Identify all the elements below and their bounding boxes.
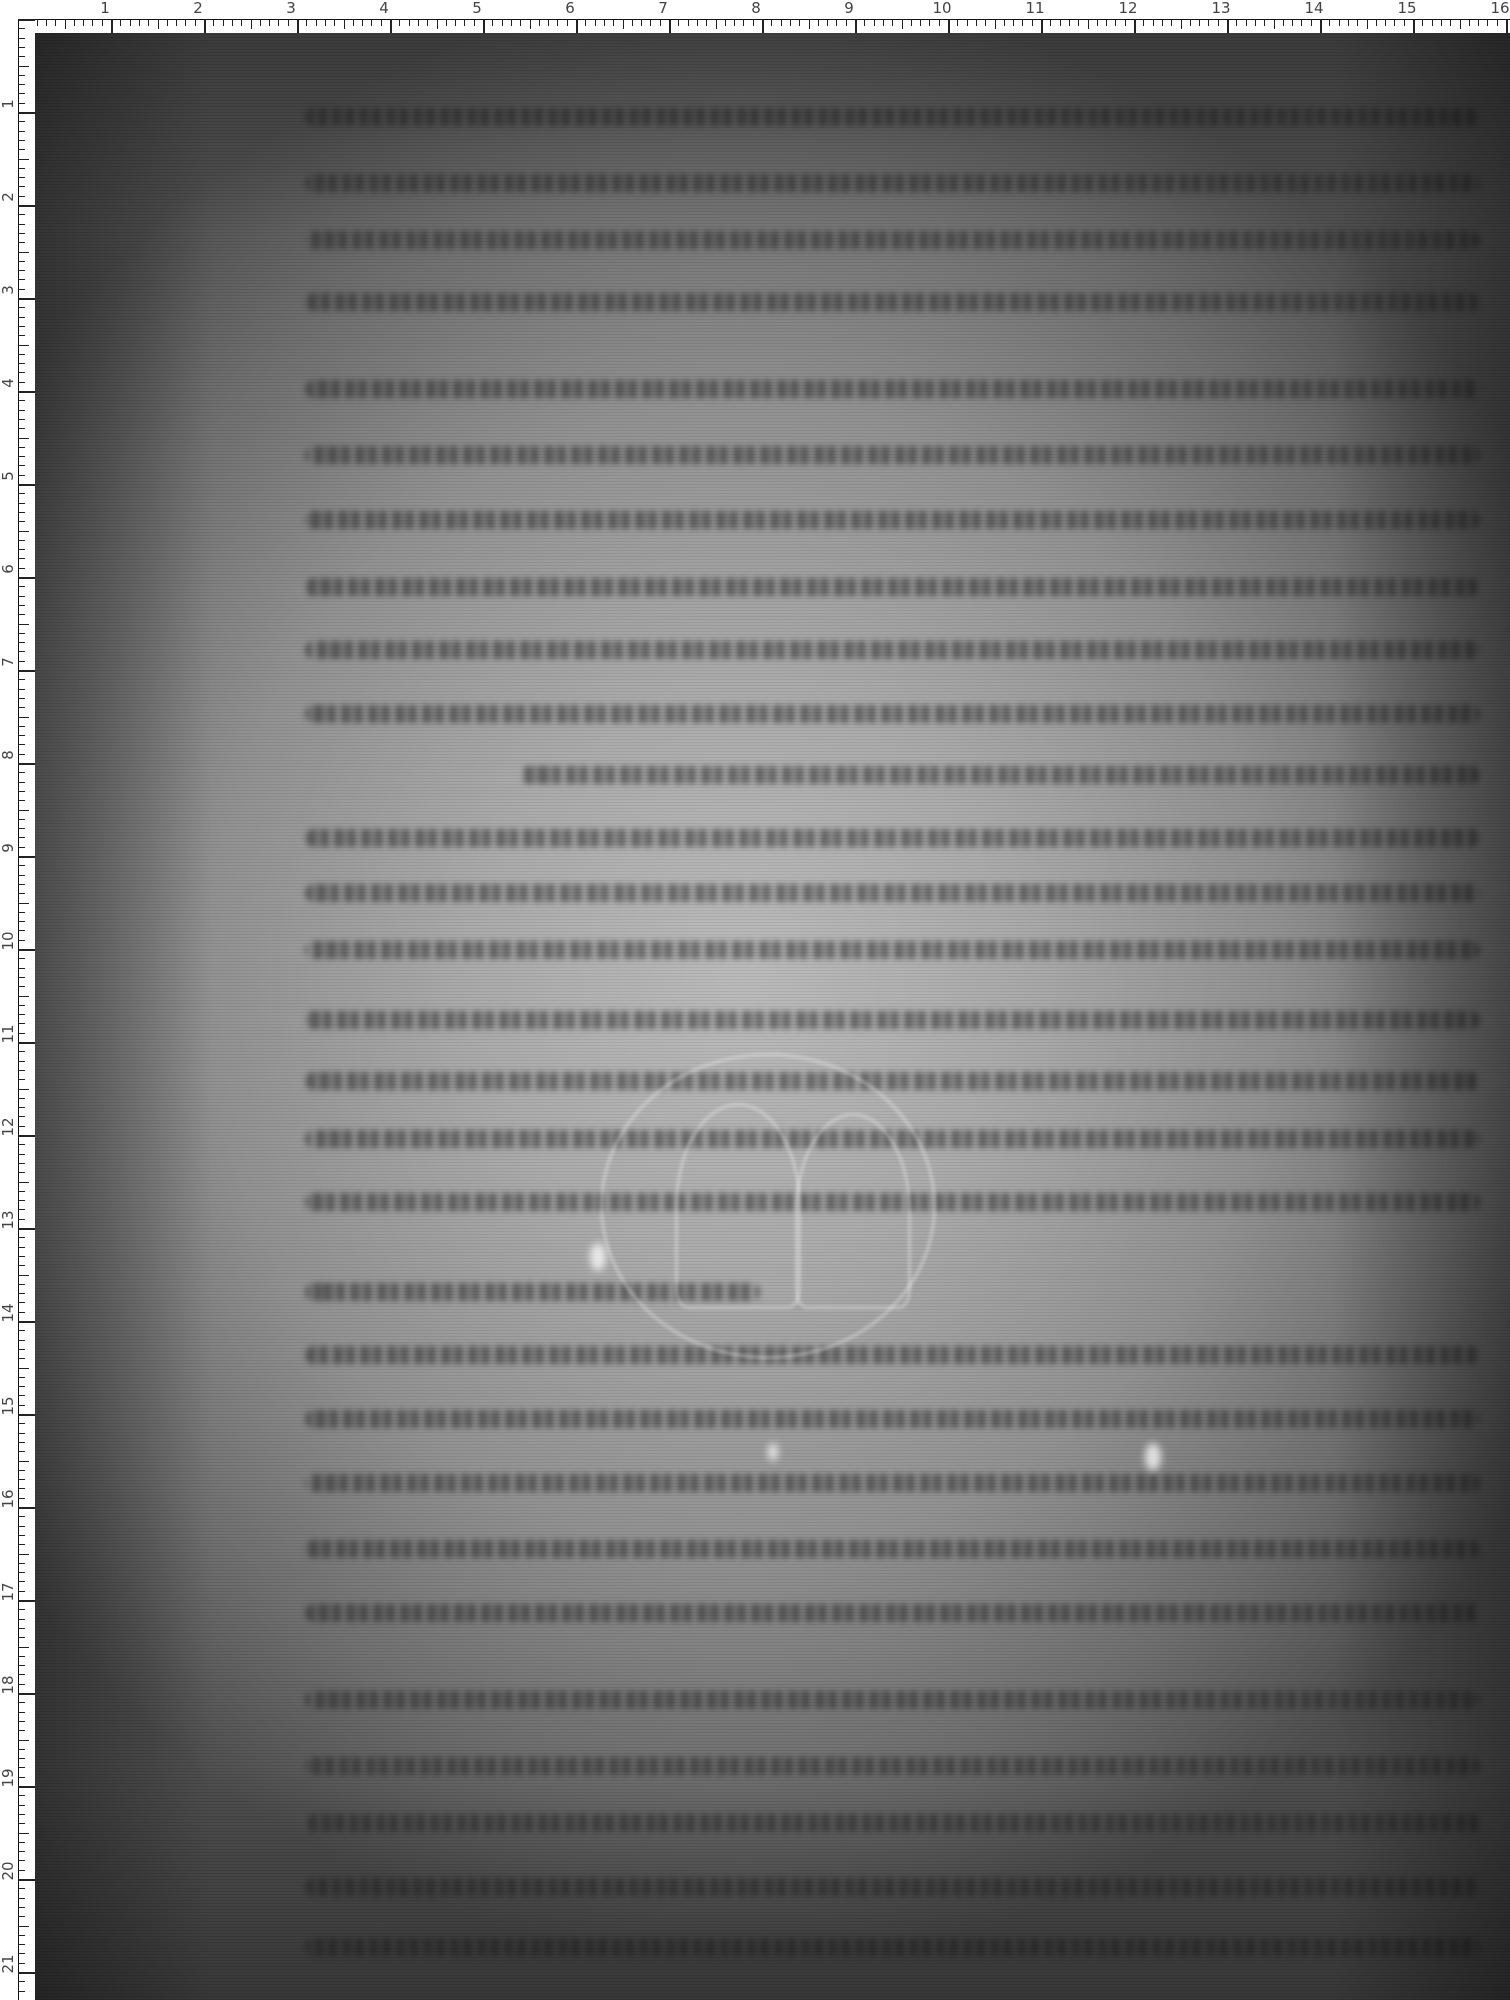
ruler-left-tick [18,1368,29,1369]
ruler-top-label: 5 [472,0,482,16]
ruler-top-tick [362,19,363,26]
ruler-left-tick [18,1656,25,1657]
ruler-left-tick [18,1953,25,1954]
ruler-left-tick [18,307,25,308]
ruler-top-tick [185,19,186,26]
ruler-left-tick [18,363,25,364]
ruler-top-label: 6 [565,0,575,16]
ruler-left-tick [18,47,25,48]
manuscript-line [305,108,1480,126]
bright-spot [1145,1443,1161,1471]
ruler-left-tick [18,633,25,634]
ruler-left-tick [18,1712,25,1713]
ruler-top-tick [1106,19,1107,26]
ruler-left-tick [18,1377,25,1378]
ruler-top-tick [799,19,800,26]
ruler-top-tick [1497,19,1498,26]
manuscript-line [305,446,1480,464]
ruler-top-tick [130,19,131,26]
ruler-left-label: 2 [0,187,16,207]
ruler-left-tick [18,1488,25,1489]
ruler-left-tick [18,800,25,801]
ruler-top-tick [1143,19,1144,26]
ruler-top-tick [139,19,140,26]
ruler-top-tick [892,19,893,26]
ruler-left-tick [18,596,25,597]
ruler-top-tick [809,19,810,29]
ruler-top-tick [74,19,75,26]
ruler-left-tick [18,1070,25,1071]
ruler-left-tick [18,912,25,913]
ruler-left-tick [18,196,25,197]
ruler-top-tick [46,19,47,26]
ruler-left-tick [18,103,25,104]
ruler-left-tick [18,1693,35,1695]
ruler-left-tick [18,1554,29,1555]
manuscript-line [305,511,1480,529]
ruler-left-tick [18,1851,25,1852]
ruler-left-tick [18,279,25,280]
manuscript-line [305,641,1480,659]
ruler-left-tick [18,1414,35,1416]
ruler-left-tick [18,1805,25,1806]
ruler-top-tick [102,19,103,26]
ruler-top-tick [660,19,661,26]
ruler-left-tick [18,419,25,420]
ruler-top-tick [344,19,345,29]
ruler-top-tick [995,19,996,29]
ruler-left-tick [18,921,25,922]
ruler-top-tick [83,19,84,26]
ruler-left-tick [18,410,25,411]
ruler-left-tick [18,1405,25,1406]
ruler-left-tick [18,735,25,736]
ruler-left-tick [18,958,25,959]
ruler-left-tick [18,679,25,680]
ruler-left-tick [18,1823,25,1824]
ruler-top-label: 11 [1025,0,1044,16]
ruler-left-tick [18,1330,25,1331]
ruler-left-tick [18,214,25,215]
ruler-top-tick [464,19,465,26]
ruler-left-tick [18,670,35,672]
ruler-top-tick [1218,19,1219,26]
ruler-left-tick [18,1702,25,1703]
ruler-top-label: 3 [286,0,296,16]
ruler-left-tick [18,438,29,439]
manuscript-line [520,766,1480,784]
ruler-left-tick [18,577,35,579]
ruler-top-label: 16 [1490,0,1509,16]
ruler-left-tick [18,642,25,643]
ruler-top-tick [827,19,828,26]
ruler-top-tick [223,19,224,26]
ruler-left-tick [18,428,25,429]
undertext-drawing-arch [675,1103,801,1309]
ruler-top-tick [1134,19,1136,33]
ruler-left-tick [18,1033,25,1034]
manuscript-line [305,829,1480,847]
ruler-left-tick [18,1507,35,1509]
ruler-left-tick [18,1023,25,1024]
ruler-top-tick [641,19,642,26]
ruler-top-tick [1153,19,1154,26]
ruler-left-tick [18,317,25,318]
ruler-left-label: 17 [0,1582,16,1602]
ruler-top-tick [623,19,624,29]
ruler-top-tick [1078,19,1079,26]
ruler-left-tick [18,1265,25,1266]
ruler-top-tick [1413,19,1415,33]
ruler-left-tick [18,837,25,838]
ruler-top-tick [1022,19,1023,26]
manuscript-line [305,941,1480,959]
ruler-left-tick [18,1098,25,1099]
ruler-left-tick [18,865,25,866]
ruler-top-tick [957,19,958,26]
ruler-top-tick [743,19,744,26]
manuscript-line [305,1346,1480,1364]
ruler-top-tick [613,19,614,26]
manuscript-line [305,1474,1480,1492]
ruler-left-tick [18,1916,25,1917]
ruler-top-label: 1 [100,0,110,16]
ruler-top-tick [1013,19,1014,26]
ruler-left-tick [18,1386,25,1387]
ruler-left-tick [18,1684,25,1685]
ruler-top-tick [1115,19,1116,26]
ruler-left-tick [18,1302,25,1303]
ruler-top-tick [176,19,177,26]
ruler-left-tick [18,828,25,829]
ruler-top-label: 15 [1397,0,1416,16]
ruler-left-tick [18,1870,25,1871]
ruler-top-tick [1292,19,1293,26]
ruler-top-tick [278,19,279,26]
ruler-left-tick [18,605,25,606]
ruler-top-tick [762,19,764,33]
ruler-left-tick [18,1209,25,1210]
ruler-left-tick [18,847,25,848]
ruler-top-tick [1376,19,1377,26]
ruler-left-tick [18,930,25,931]
ruler-top-tick [753,19,754,26]
ruler-left-tick [18,121,25,122]
ruler-top-tick [1460,19,1461,29]
ruler-left-tick [18,345,29,346]
ruler-top-tick [306,19,307,26]
ruler-top-tick [1441,19,1442,26]
ruler-left-tick [18,1730,25,1731]
undertext-drawing-arch [795,1113,911,1309]
ruler-left-tick [18,1563,25,1564]
ruler-top-tick [1385,19,1386,26]
ruler-left-tick [18,493,25,494]
ruler-left-tick [18,651,25,652]
ruler-left-label: 21 [0,1954,16,1974]
ruler-left-label: 4 [0,373,16,393]
ruler-top-tick [92,19,93,26]
ruler-left-tick [18,1293,25,1294]
ruler-left-label: 18 [0,1675,16,1695]
ruler-left-label: 11 [0,1024,16,1044]
ruler-left-tick [18,614,25,615]
ruler-left-label: 14 [0,1303,16,1323]
ruler-left-tick [18,1163,25,1164]
ruler-top-label: 4 [379,0,389,16]
ruler-left-tick [18,168,25,169]
ruler-left-tick [18,1777,25,1778]
ruler-left-tick [18,1321,35,1323]
ruler-left-label: 15 [0,1396,16,1416]
manuscript-line [305,1691,1480,1709]
ruler-left-tick [18,661,25,662]
ruler-top-label: 9 [844,0,854,16]
ruler-left-tick [18,726,25,727]
ruler-top-tick [502,19,503,26]
ruler-left-tick [18,940,25,941]
manuscript-line [305,1410,1480,1428]
ruler-left-tick [18,744,25,745]
ruler-top-tick [650,19,651,26]
ruler-left-tick [18,159,29,160]
ruler-top-tick [390,19,392,33]
ruler-left-tick [18,1442,25,1443]
ruler-left-tick [18,1740,29,1741]
ruler-left-tick [18,1358,25,1359]
ruler-left-label: 9 [0,838,16,858]
ruler-left-tick [18,875,25,876]
ruler-top-tick [446,19,447,26]
ruler-left-tick [18,1516,25,1517]
ruler-top-tick [734,19,735,26]
ruler-left-tick [18,1842,25,1843]
ruler-top-tick [1171,19,1172,26]
ruler-top-tick [725,19,726,26]
ruler-top-tick [37,19,38,26]
ruler-top-tick [427,19,428,26]
ruler-top-label: 2 [193,0,203,16]
ruler-left-tick [18,1749,25,1750]
ruler-left-tick [18,791,25,792]
ruler-top-tick [976,19,977,26]
ruler-top-tick [874,19,875,26]
ruler-left-tick [18,28,25,29]
ruler-left-tick [18,75,25,76]
ruler-left-tick [18,1600,35,1602]
ruler-left-tick [18,1461,29,1462]
ruler-top-tick [864,19,865,26]
ruler-left-tick [18,149,25,150]
ruler-top-tick [688,19,689,26]
ruler-top-tick [297,19,299,33]
ruler-left-tick [18,270,25,271]
ruler-left-tick [18,1395,25,1396]
ruler-left-tick [18,949,35,951]
ruler-top-tick [929,19,930,26]
ruler-top-tick [948,19,950,33]
ruler-top-tick [148,19,149,26]
ruler-top-tick [1050,19,1051,26]
ruler-top-tick [716,19,717,29]
ruler-left-label: 5 [0,466,16,486]
ruler-top-tick [1181,19,1182,29]
ruler-left-label: 16 [0,1489,16,1509]
ruler-top-tick [1274,19,1275,29]
ruler-top-tick [483,19,485,33]
ruler-left-tick [18,1061,25,1062]
ruler-top-tick [855,19,857,33]
ruler-left-label: 12 [0,1117,16,1137]
ruler-top-tick [1339,19,1340,26]
bright-spot [590,1243,606,1271]
ruler-left-tick [18,447,25,448]
ruler-left-tick [18,186,25,187]
ruler-top-tick [1478,19,1479,26]
ruler-left-tick [18,1833,29,1834]
ruler-left-tick [18,772,25,773]
ruler-top-tick [939,19,940,26]
ruler-left-tick [18,540,25,541]
ruler-top-tick [120,19,121,26]
manuscript-line [305,1540,1480,1558]
ruler-top-tick [539,19,540,26]
manuscript-line [305,578,1480,596]
ruler-top-tick [1357,19,1358,26]
ruler-top-tick [1227,19,1229,33]
ruler-left-tick [18,1005,25,1006]
ruler-top-tick [883,19,884,26]
ruler-left-tick [18,1451,25,1452]
ruler-left-tick [18,177,25,178]
ruler-left-tick [18,1089,29,1090]
ruler-top-tick [418,19,419,26]
ruler-left-tick [18,56,25,57]
ruler-top-tick [1162,19,1163,26]
ruler-top: 012345678910111213141516 [0,0,1510,33]
ruler-left-tick [18,1935,25,1936]
ruler-left-tick [18,298,35,300]
ruler-top-tick [334,19,335,26]
ruler-left-tick [18,977,25,978]
ruler-top-tick [1060,19,1061,26]
ruler-left-tick [18,335,25,336]
bright-spot [768,1443,778,1461]
ruler-left-tick [18,986,25,987]
ruler-left-tick [18,1619,25,1620]
ruler-left-tick [18,1972,35,1974]
ruler-left-tick [18,1237,25,1238]
ruler-left-tick [18,1182,29,1183]
ruler-left-tick [18,1591,25,1592]
ruler-top-tick [260,19,261,26]
ruler-left-tick [18,391,35,393]
ruler-left-tick [18,1526,25,1527]
ruler-top-label: 14 [1304,0,1323,16]
ruler-left-tick [18,1609,25,1610]
ruler-top-tick [1004,19,1005,26]
ruler-top-tick [678,19,679,26]
ruler-left-tick [18,261,25,262]
ruler-top-tick [790,19,791,26]
ruler-left-tick [18,1312,25,1313]
ruler-left-tick [18,531,29,532]
ruler-top-tick [1208,19,1209,26]
ruler-left-tick [18,1637,25,1638]
manuscript-line [305,174,1480,192]
ruler-left-tick [18,754,25,755]
ruler-left-tick [18,326,25,327]
ruler-top-tick [1394,19,1395,26]
ruler-top-tick [697,19,698,26]
ruler-top-tick [1125,19,1126,26]
ruler-top-tick [1283,19,1284,26]
ruler-left-tick [18,568,25,569]
ruler-top-tick [492,19,493,26]
ruler-left-tick [18,1981,25,1982]
ruler-top-tick [846,19,847,26]
ruler-top-tick [706,19,707,26]
ruler-left-tick [18,1200,25,1201]
ruler-left-tick [18,810,29,811]
ruler-top-tick [1088,19,1089,29]
ruler-left-tick [18,112,35,114]
ruler-top-tick [1236,19,1237,26]
ruler-left-tick [18,1042,35,1044]
ruler-left-tick [18,1498,25,1499]
ruler-left-tick [18,38,25,39]
ruler-left-tick [18,1963,25,1964]
ruler-top-tick [920,19,921,26]
ruler-left-tick [18,1470,25,1471]
ruler-left-tick [18,224,25,225]
ruler-top-tick [781,19,782,26]
ruler-top-tick [967,19,968,26]
ruler-top-tick [1348,19,1349,26]
ruler-left-tick [18,1907,25,1908]
ruler-left-tick [18,1721,25,1722]
ruler-top-tick [604,19,605,26]
ruler-top-tick [1264,19,1265,26]
manuscript-line [305,1814,1480,1832]
ruler-left-tick [18,1107,25,1108]
ruler-left-tick [18,465,25,466]
ruler-left-tick [18,968,25,969]
ruler-left-tick [18,903,29,904]
ruler-left-label: 1 [0,94,16,114]
manuscript-line [305,1757,1480,1775]
ruler-left-tick [18,289,25,290]
manuscript-line [305,231,1480,249]
ruler-left-tick [18,1051,25,1052]
ruler-top-tick [557,19,558,26]
ruler-top-tick [1246,19,1247,26]
ruler-left-tick [18,1126,25,1127]
ruler-left-tick [18,252,29,253]
ruler-top-tick [818,19,819,26]
ruler-top-tick [167,19,168,26]
ruler-left-tick [18,624,29,625]
ruler-left-label: 20 [0,1861,16,1881]
ruler-top-tick [1506,19,1508,33]
ruler-top-label: 12 [1118,0,1137,16]
ruler-left-tick [18,1647,29,1648]
ruler-top-tick [251,19,252,29]
ruler-top-tick [1032,19,1033,26]
ruler-top-tick [1450,19,1451,26]
ruler-left-tick [18,1154,25,1155]
ruler-top-tick [409,19,410,26]
